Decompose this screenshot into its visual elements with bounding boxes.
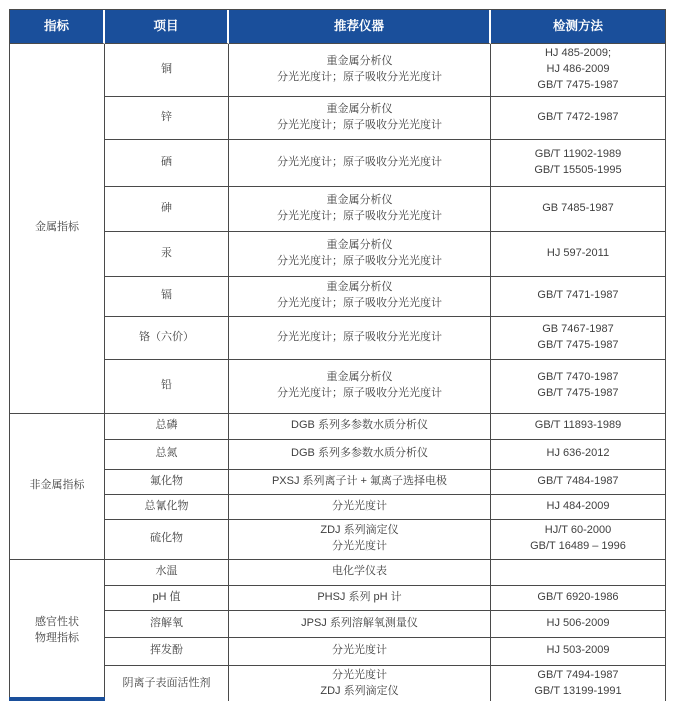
section-label-sensory-physical: 感官性状 物理指标 [10, 560, 105, 701]
cell-method: GB 7485-1987 [491, 187, 666, 232]
table-row: 硒 分光光度计；原子吸收分光光度计 GB/T 11902-1989 GB/T 1… [10, 140, 666, 187]
cell-method: GB/T 7494-1987 GB/T 13199-1991 [491, 666, 666, 701]
table-row: 溶解氧 JPSJ 系列溶解氧测量仪 HJ 506-2009 [10, 611, 666, 638]
table-row: 总氰化物 分光光度计 HJ 484-2009 [10, 495, 666, 520]
cell-method: HJ/T 60-2000 GB/T 16489 – 1996 [491, 520, 666, 560]
cell-item: 总氮 [105, 440, 229, 470]
cell-item: pH 值 [105, 586, 229, 611]
cell-instrument: 分光光度计；原子吸收分光光度计 [229, 317, 491, 360]
cell-method: HJ 636-2012 [491, 440, 666, 470]
cell-method: HJ 503-2009 [491, 638, 666, 666]
table-row: 汞 重金属分析仪 分光光度计；原子吸收分光光度计 HJ 597-2011 [10, 232, 666, 277]
cell-item: 总磷 [105, 414, 229, 440]
table-row: 阴离子表面活性剂 分光光度计 ZDJ 系列滴定仪 GB/T 7494-1987 … [10, 666, 666, 701]
cell-instrument: 重金属分析仪 分光光度计；原子吸收分光光度计 [229, 97, 491, 140]
cell-item: 镉 [105, 277, 229, 317]
table-row: 非金属指标 总磷 DGB 系列多参数水质分析仪 GB/T 11893-1989 [10, 414, 666, 440]
cell-instrument: 分光光度计 [229, 495, 491, 520]
table-row: 镉 重金属分析仪 分光光度计；原子吸收分光光度计 GB/T 7471-1987 [10, 277, 666, 317]
cell-method: GB/T 7470-1987 GB/T 7475-1987 [491, 360, 666, 414]
table-row: pH 值 PHSJ 系列 pH 计 GB/T 6920-1986 [10, 586, 666, 611]
cell-item: 氟化物 [105, 470, 229, 495]
cell-method: HJ 597-2011 [491, 232, 666, 277]
table-row: 铬（六价） 分光光度计；原子吸收分光光度计 GB 7467-1987 GB/T … [10, 317, 666, 360]
cell-instrument: 分光光度计 ZDJ 系列滴定仪 [229, 666, 491, 701]
table-row: 挥发酚 分光光度计 HJ 503-2009 [10, 638, 666, 666]
col-header-instrument: 推荐仪器 [229, 10, 491, 44]
cell-instrument: DGB 系列多参数水质分析仪 [229, 414, 491, 440]
table-row: 总氮 DGB 系列多参数水质分析仪 HJ 636-2012 [10, 440, 666, 470]
cell-instrument: 分光光度计；原子吸收分光光度计 [229, 140, 491, 187]
cell-instrument: JPSJ 系列溶解氧测量仪 [229, 611, 491, 638]
cell-method: GB 7467-1987 GB/T 7475-1987 [491, 317, 666, 360]
col-header-indicator: 指标 [10, 10, 105, 44]
col-header-item: 项目 [105, 10, 229, 44]
cell-item: 砷 [105, 187, 229, 232]
cell-instrument: 重金属分析仪 分光光度计；原子吸收分光光度计 [229, 187, 491, 232]
cell-method: GB/T 11902-1989 GB/T 15505-1995 [491, 140, 666, 187]
cell-method: GB/T 7471-1987 [491, 277, 666, 317]
cell-item: 阴离子表面活性剂 [105, 666, 229, 701]
col-header-method: 检测方法 [491, 10, 666, 44]
header-row: 指标 项目 推荐仪器 检测方法 [10, 10, 666, 44]
cell-item: 铬（六价） [105, 317, 229, 360]
cell-instrument: PXSJ 系列离子计 + 氟离子选择电极 [229, 470, 491, 495]
cell-method: GB/T 6920-1986 [491, 586, 666, 611]
cell-instrument: 分光光度计 [229, 638, 491, 666]
cell-instrument: ZDJ 系列滴定仪 分光光度计 [229, 520, 491, 560]
cell-instrument: 重金属分析仪 分光光度计；原子吸收分光光度计 [229, 277, 491, 317]
cell-instrument: DGB 系列多参数水质分析仪 [229, 440, 491, 470]
cell-method: GB/T 7472-1987 [491, 97, 666, 140]
table-row: 铅 重金属分析仪 分光光度计；原子吸收分光光度计 GB/T 7470-1987 … [10, 360, 666, 414]
cell-item: 总氰化物 [105, 495, 229, 520]
cell-method: GB/T 11893-1989 [491, 414, 666, 440]
cell-item: 水温 [105, 560, 229, 586]
cell-item: 铜 [105, 44, 229, 97]
section-label-nonmetal: 非金属指标 [10, 414, 105, 560]
cell-method: HJ 506-2009 [491, 611, 666, 638]
spec-table: 指标 项目 推荐仪器 检测方法 金属指标 铜 重金属分析仪 分光光度计；原子吸收… [9, 9, 666, 701]
cell-instrument: PHSJ 系列 pH 计 [229, 586, 491, 611]
section-label-metal: 金属指标 [10, 44, 105, 414]
table-row: 硫化物 ZDJ 系列滴定仪 分光光度计 HJ/T 60-2000 GB/T 16… [10, 520, 666, 560]
next-section-header-strip [9, 697, 105, 701]
cell-method: HJ 484-2009 [491, 495, 666, 520]
table-row: 感官性状 物理指标 水温 电化学仪表 [10, 560, 666, 586]
cell-item: 锌 [105, 97, 229, 140]
cell-method: GB/T 7484-1987 [491, 470, 666, 495]
cell-instrument: 重金属分析仪 分光光度计；原子吸收分光光度计 [229, 360, 491, 414]
cell-item: 挥发酚 [105, 638, 229, 666]
cell-instrument: 重金属分析仪 分光光度计；原子吸收分光光度计 [229, 232, 491, 277]
cell-method: HJ 485-2009; HJ 486-2009 GB/T 7475-1987 [491, 44, 666, 97]
table-row: 锌 重金属分析仪 分光光度计；原子吸收分光光度计 GB/T 7472-1987 [10, 97, 666, 140]
cell-item: 铅 [105, 360, 229, 414]
cell-item: 硫化物 [105, 520, 229, 560]
cell-instrument: 重金属分析仪 分光光度计；原子吸收分光光度计 [229, 44, 491, 97]
table-row: 氟化物 PXSJ 系列离子计 + 氟离子选择电极 GB/T 7484-1987 [10, 470, 666, 495]
page: 指标 项目 推荐仪器 检测方法 金属指标 铜 重金属分析仪 分光光度计；原子吸收… [0, 0, 673, 701]
table-row: 金属指标 铜 重金属分析仪 分光光度计；原子吸收分光光度计 HJ 485-200… [10, 44, 666, 97]
cell-item: 硒 [105, 140, 229, 187]
cell-method [491, 560, 666, 586]
cell-item: 汞 [105, 232, 229, 277]
cell-instrument: 电化学仪表 [229, 560, 491, 586]
cell-item: 溶解氧 [105, 611, 229, 638]
table-row: 砷 重金属分析仪 分光光度计；原子吸收分光光度计 GB 7485-1987 [10, 187, 666, 232]
